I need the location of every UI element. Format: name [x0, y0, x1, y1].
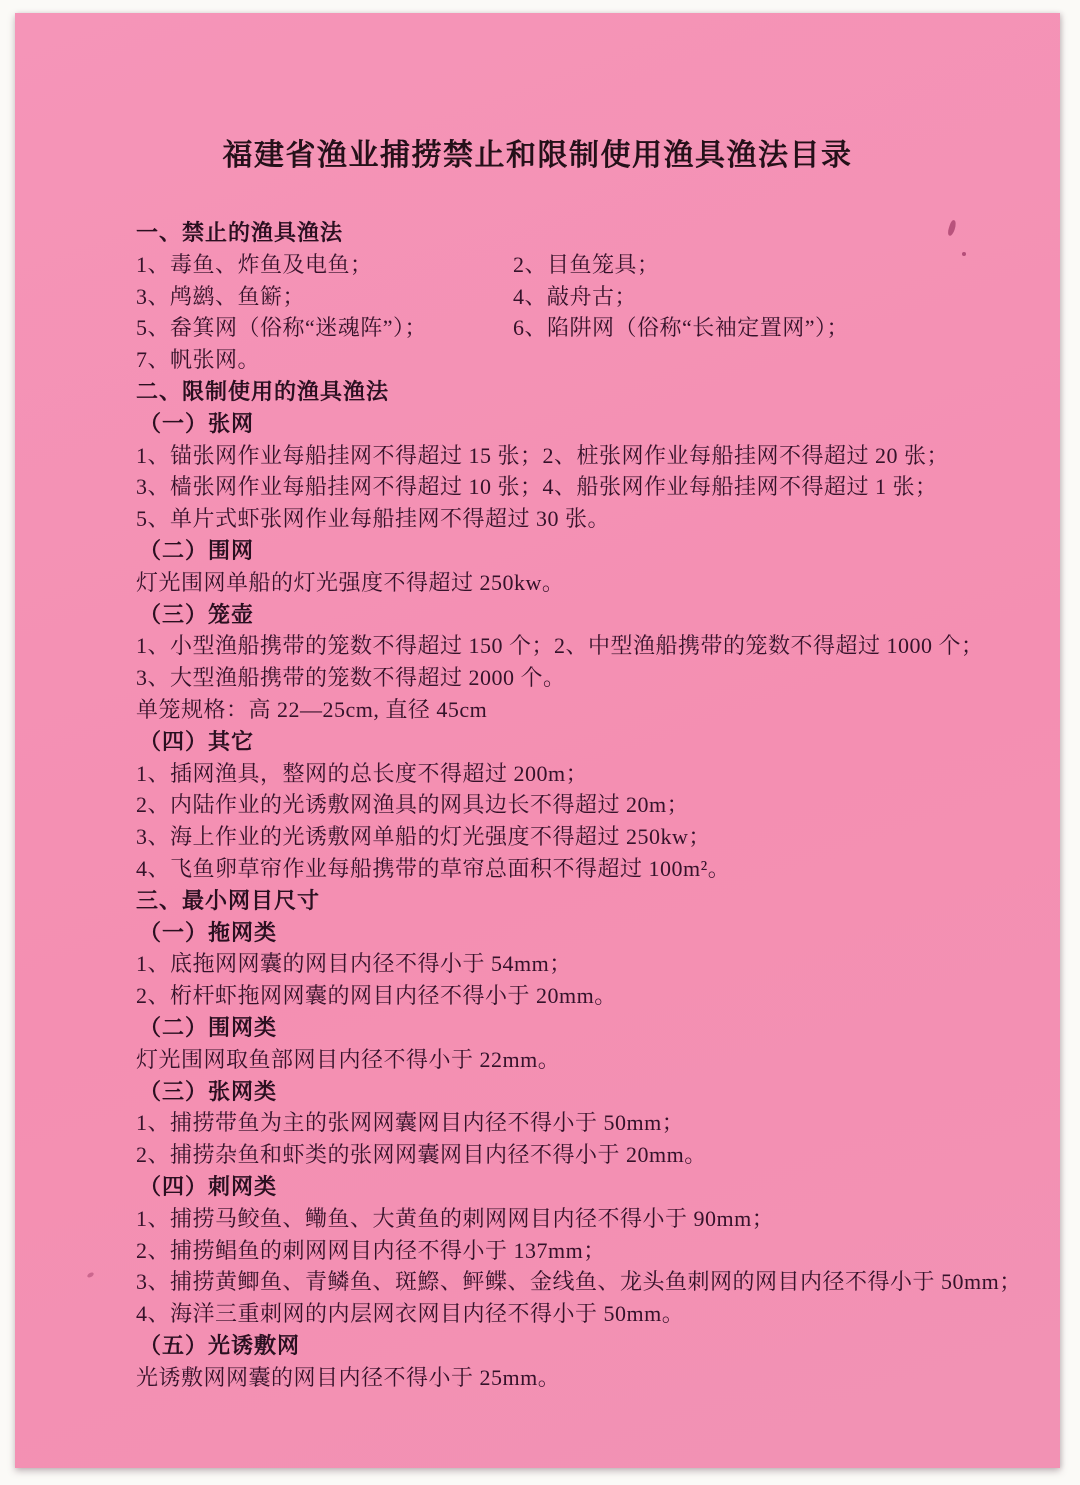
list-item: 4、敲舟古；: [513, 281, 637, 313]
list-item: 4、海洋三重刺网的内层网衣网目内径不得小于 50mm。: [136, 1298, 1041, 1330]
list-item: 6、陷阱网（俗称“长袖定置网”）；: [513, 312, 849, 344]
list-row: 1、毒鱼、炸鱼及电鱼；2、目鱼笼具；: [136, 249, 1041, 281]
subsection-heading: （三）张网类: [136, 1076, 1041, 1108]
subsection-heading: （三）笼壶: [136, 599, 1041, 631]
scan-background: { "document": { "title": "福建省渔业捕捞禁止和限制使用…: [0, 0, 1080, 1485]
list-row: 3、鸬鹚、鱼簖；4、敲舟古；: [136, 281, 1041, 313]
list-item: 3、捕捞黄鲫鱼、青鳞鱼、斑鰶、鲆鲽、金线鱼、龙头鱼刺网的网目内径不得小于 50m…: [136, 1266, 1041, 1298]
list-item: 1、毒鱼、炸鱼及电鱼；: [136, 252, 373, 277]
paper-speck: [962, 252, 966, 256]
scanned-pink-paper: 福建省渔业捕捞禁止和限制使用渔具渔法目录 一、禁止的渔具渔法 1、毒鱼、炸鱼及电…: [15, 13, 1060, 1468]
section-heading-2: 二、限制使用的渔具渔法: [136, 376, 1041, 408]
list-item: 5、畚箕网（俗称“迷魂阵”）；: [136, 315, 427, 340]
section-heading-1: 一、禁止的渔具渔法: [136, 217, 1041, 249]
paper-speck: [86, 1272, 94, 1279]
list-item: 2、捕捞杂鱼和虾类的张网网囊网目内径不得小于 20mm。: [136, 1139, 1041, 1171]
list-item: 5、单片式虾张网作业每船挂网不得超过 30 张。: [136, 503, 1041, 535]
subsection-heading: （四）其它: [136, 726, 1041, 758]
list-item: 灯光围网取鱼部网目内径不得小于 22mm。: [136, 1044, 1041, 1076]
list-item: 2、内陆作业的光诱敷网渔具的网具边长不得超过 20m；: [136, 789, 1041, 821]
list-item: 灯光围网单船的灯光强度不得超过 250kw。: [136, 567, 1041, 599]
list-item: 2、捕捞鲳鱼的刺网网目内径不得小于 137mm；: [136, 1235, 1041, 1267]
list-item: 3、鸬鹚、鱼簖；: [136, 284, 305, 309]
list-item: 1、小型渔船携带的笼数不得超过 150 个；2、中型渔船携带的笼数不得超过 10…: [136, 630, 1041, 662]
subsection-heading: （二）围网: [136, 535, 1041, 567]
list-item: 4、飞鱼卵草帘作业每船携带的草帘总面积不得超过 100m²。: [136, 853, 1041, 885]
subsection-heading: （一）张网: [136, 408, 1041, 440]
list-item: 1、捕捞带鱼为主的张网网囊网目内径不得小于 50mm；: [136, 1107, 1041, 1139]
document-title: 福建省渔业捕捞禁止和限制使用渔具渔法目录: [15, 130, 1060, 174]
list-item: 2、桁杆虾拖网网囊的网目内径不得小于 20mm。: [136, 980, 1041, 1012]
list-item: 1、锚张网作业每船挂网不得超过 15 张；2、桩张网作业每船挂网不得超过 20 …: [136, 440, 1041, 472]
list-item: 1、捕捞马鲛鱼、鳓鱼、大黄鱼的刺网网目内径不得小于 90mm；: [136, 1203, 1041, 1235]
list-item: 单笼规格：高 22—25cm, 直径 45cm: [136, 694, 1041, 726]
list-row: 5、畚箕网（俗称“迷魂阵”）；6、陷阱网（俗称“长袖定置网”）；: [136, 312, 1041, 344]
subsection-heading: （二）围网类: [136, 1012, 1041, 1044]
list-item: 3、大型渔船携带的笼数不得超过 2000 个。: [136, 662, 1041, 694]
subsection-heading: （一）拖网类: [136, 917, 1041, 949]
list-item: 1、底拖网网囊的网目内径不得小于 54mm；: [136, 948, 1041, 980]
list-item: 7、帆张网。: [136, 344, 1041, 376]
list-item: 1、插网渔具，整网的总长度不得超过 200m；: [136, 758, 1041, 790]
subsection-heading: （五）光诱敷网: [136, 1330, 1041, 1362]
document-body: 一、禁止的渔具渔法 1、毒鱼、炸鱼及电鱼；2、目鱼笼具； 3、鸬鹚、鱼簖；4、敲…: [136, 217, 1041, 1393]
section-heading-3: 三、最小网目尺寸: [136, 885, 1041, 917]
subsection-heading: （四）刺网类: [136, 1171, 1041, 1203]
list-item: 2、目鱼笼具；: [513, 249, 660, 281]
list-item: 3、海上作业的光诱敷网单船的灯光强度不得超过 250kw；: [136, 821, 1041, 853]
list-item: 光诱敷网网囊的网目内径不得小于 25mm。: [136, 1362, 1041, 1394]
list-item: 3、樯张网作业每船挂网不得超过 10 张；4、船张网作业每船挂网不得超过 1 张…: [136, 471, 1041, 503]
